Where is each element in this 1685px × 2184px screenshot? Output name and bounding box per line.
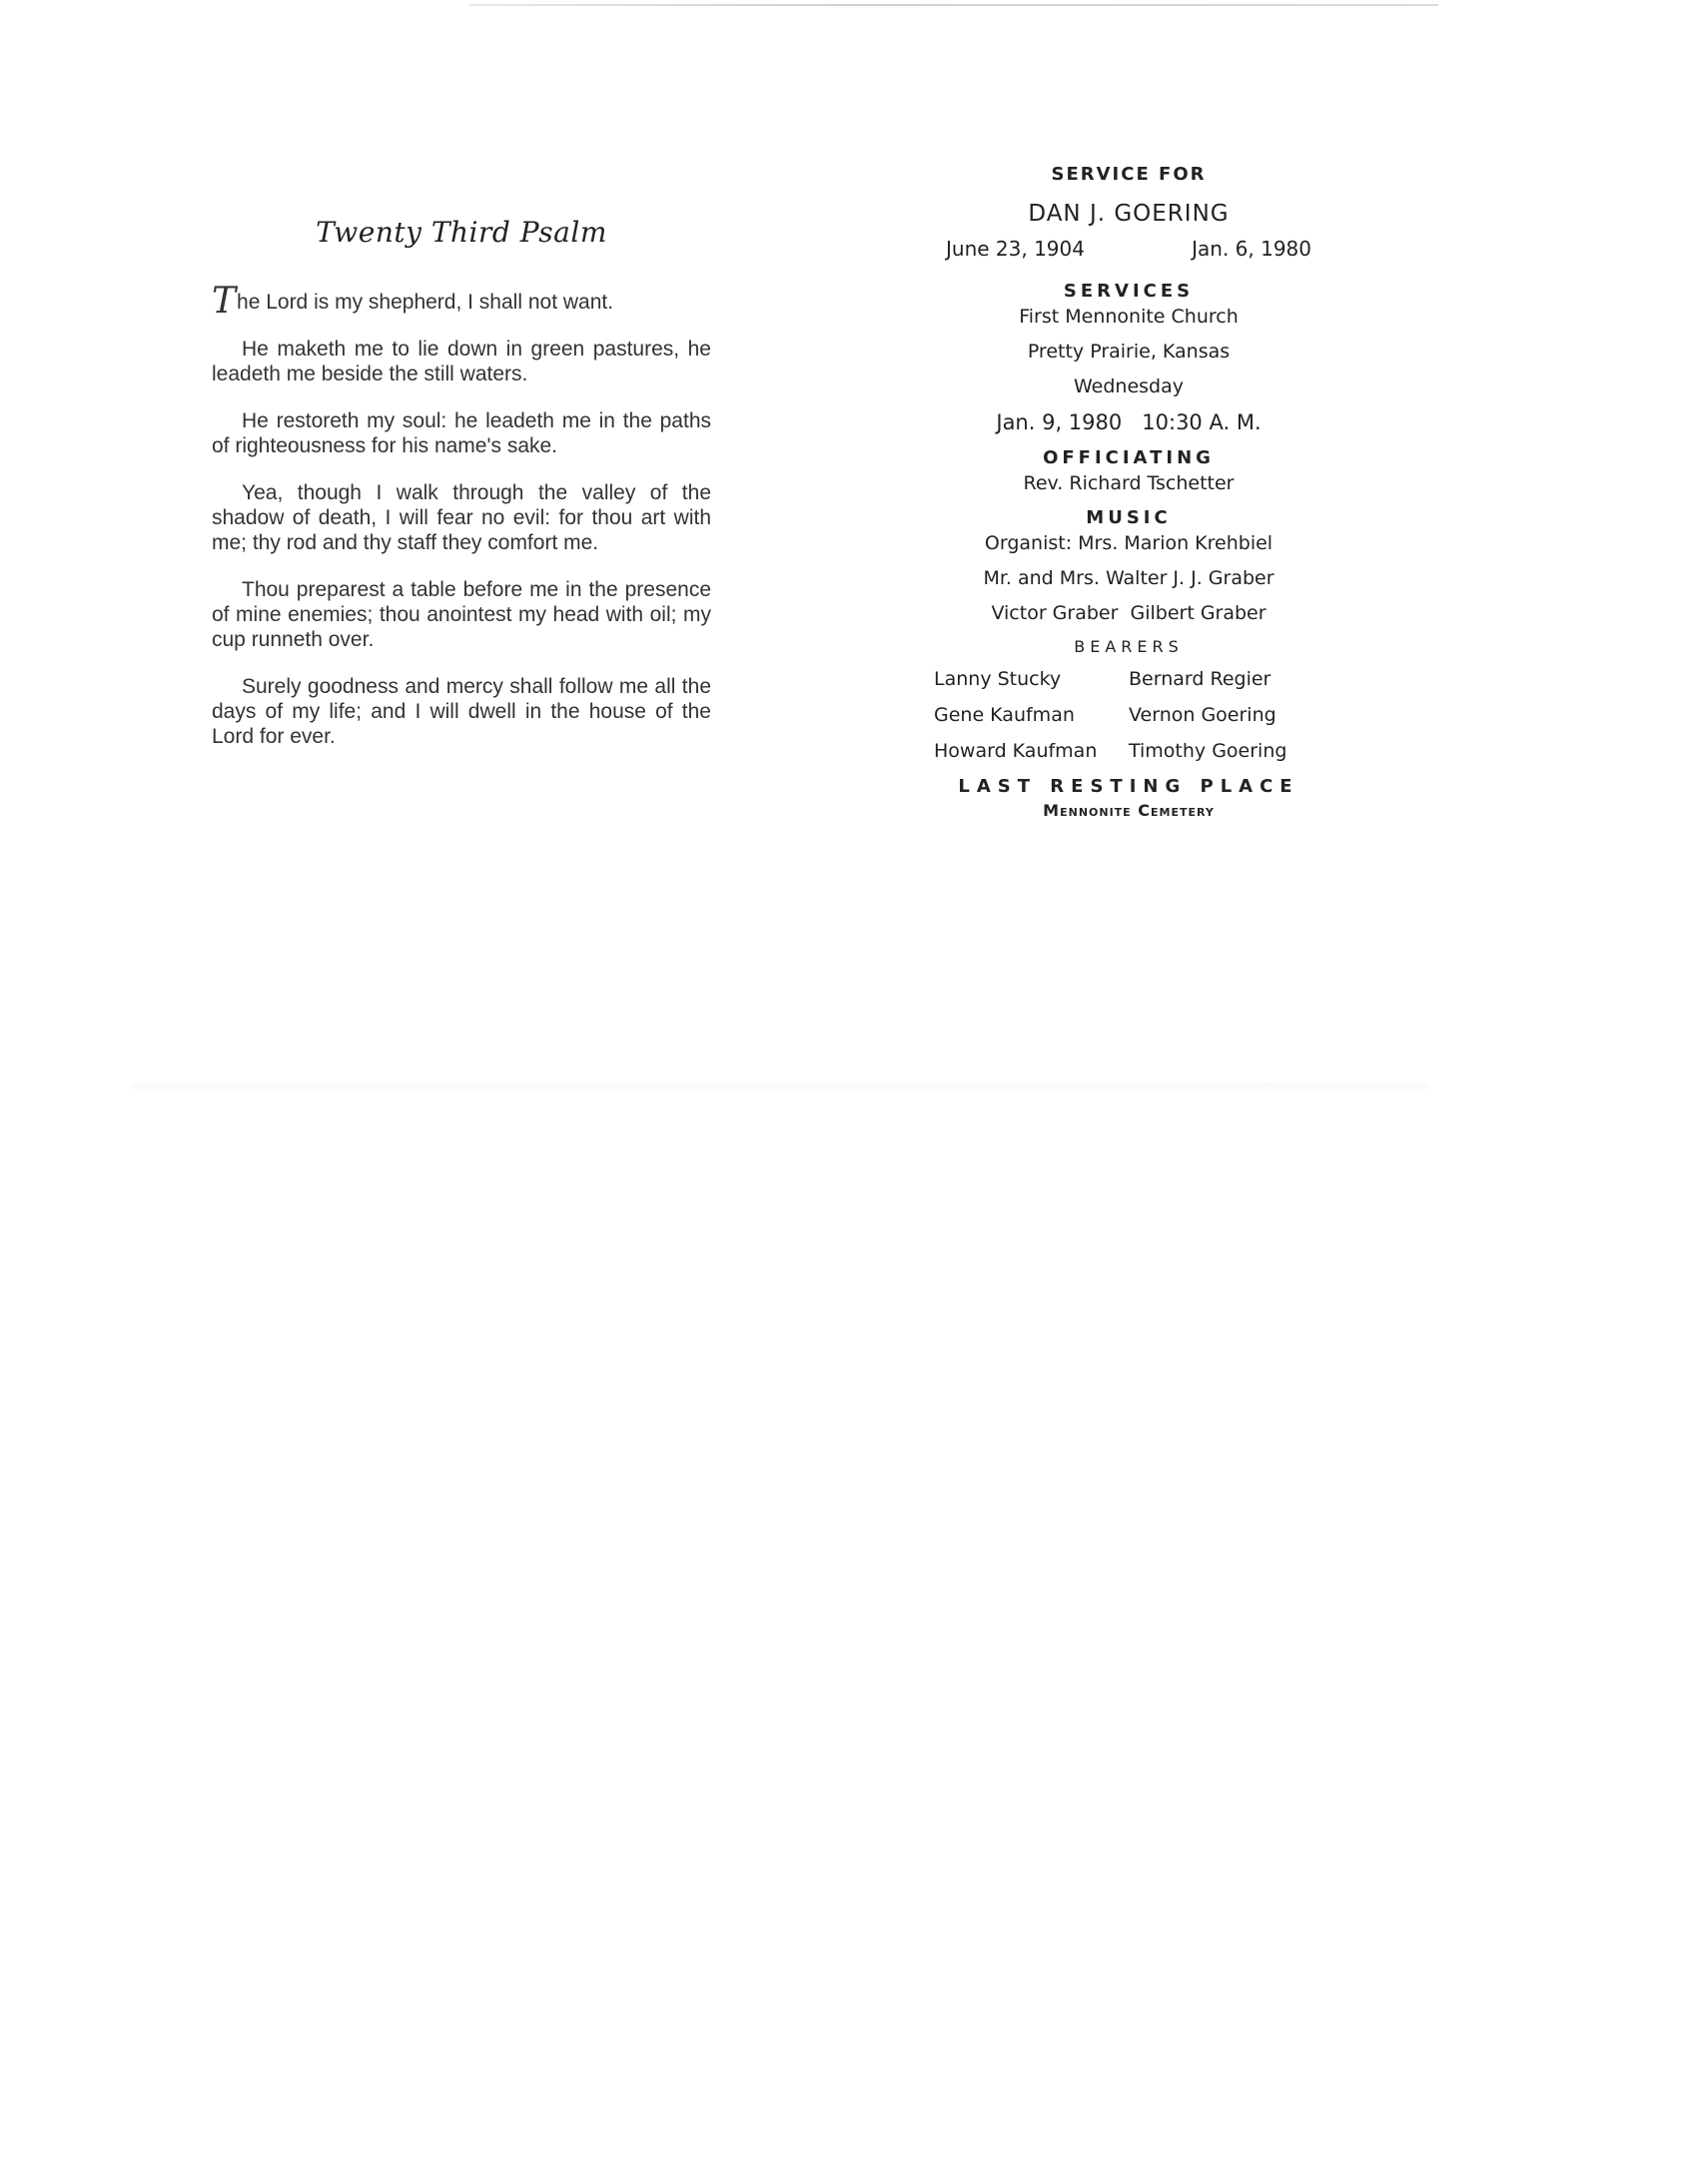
verse-text: he Lord is my shepherd, I shall not want…	[237, 291, 613, 314]
music-line: Victor Graber Gilbert Graber	[934, 602, 1323, 624]
bearer: Bernard Regier	[1129, 668, 1323, 690]
officiating-heading: OFFICIATING	[934, 447, 1323, 468]
bearer: Vernon Goering	[1129, 704, 1323, 726]
card-edge	[130, 1084, 1428, 1092]
resting-heading: LAST RESTING PLACE	[934, 776, 1323, 797]
birth-date: June 23, 1904	[946, 237, 1085, 261]
service-day: Wednesday	[934, 375, 1323, 397]
psalm-verse: He restoreth my soul: he leadeth me in t…	[212, 408, 711, 458]
bearer: Lanny Stucky	[934, 668, 1129, 690]
music-line: Mr. and Mrs. Walter J. J. Graber	[934, 567, 1323, 589]
psalm-verse: Surely goodness and mercy shall follow m…	[212, 674, 711, 749]
music-heading: MUSIC	[934, 507, 1323, 528]
psalm-verse: Thou preparest a table before me in the …	[212, 577, 711, 652]
life-dates: June 23, 1904 Jan. 6, 1980	[934, 237, 1323, 261]
officiant: Rev. Richard Tschetter	[934, 472, 1323, 494]
service-panel: SERVICE FOR DAN J. GOERING June 23, 1904…	[934, 164, 1323, 820]
bearers-heading: BEARERS	[934, 637, 1323, 656]
bearer: Howard Kaufman	[934, 740, 1129, 762]
services-heading: SERVICES	[934, 281, 1323, 302]
psalm-title: Twenty Third Psalm	[212, 216, 711, 249]
bearer: Gene Kaufman	[934, 704, 1129, 726]
scan-edge-line	[469, 4, 1438, 6]
death-date: Jan. 6, 1980	[1192, 237, 1311, 261]
music-line: Organist: Mrs. Marion Krehbiel	[934, 532, 1323, 554]
bearers-row: Gene KaufmanVernon Goering	[934, 704, 1323, 726]
bearers-row: Howard KaufmanTimothy Goering	[934, 740, 1323, 762]
service-datetime: Jan. 9, 1980 10:30 A. M.	[934, 410, 1323, 434]
dropcap-letter: T	[212, 281, 236, 322]
church-location: Pretty Prairie, Kansas	[934, 341, 1323, 363]
psalm-verse: He maketh me to lie down in green pastur…	[212, 337, 711, 386]
psalm-verse: Yea, though I walk through the valley of…	[212, 480, 711, 555]
resting-place: Mennonite Cemetery	[934, 801, 1323, 820]
service-heading: SERVICE FOR	[934, 164, 1323, 185]
bearers-row: Lanny StuckyBernard Regier	[934, 668, 1323, 690]
psalm-panel: Twenty Third Psalm The Lord is my shephe…	[212, 216, 711, 771]
deceased-name: DAN J. GOERING	[934, 201, 1323, 227]
bearer: Timothy Goering	[1129, 740, 1323, 762]
church-name: First Mennonite Church	[934, 306, 1323, 328]
psalm-verse: The Lord is my shepherd, I shall not wan…	[212, 289, 711, 315]
